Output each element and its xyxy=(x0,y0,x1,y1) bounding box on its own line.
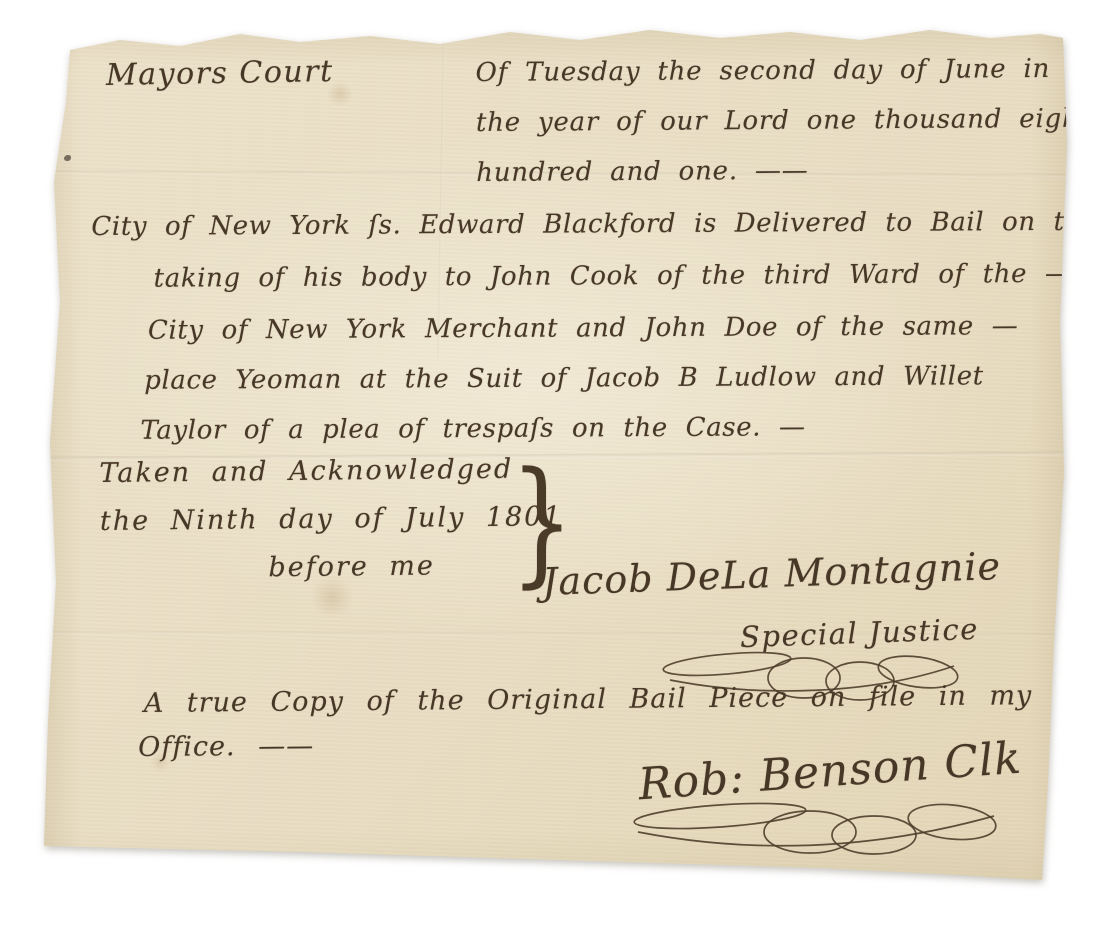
court-title: Mayors Court xyxy=(106,54,334,93)
paper-surface: Mayors Court Of Tuesday the second day o… xyxy=(40,22,1070,882)
body-line: City of New York Merchant and John Doe o… xyxy=(148,311,1019,346)
session-date-line: Of Tuesday the second day of June in xyxy=(475,54,1050,88)
clerk-signature: Rob: Benson Clk xyxy=(637,733,1024,811)
bail-body-paragraph: City of New York ſs. Edward Blackford is… xyxy=(91,212,92,482)
paper-sheet: Mayors Court Of Tuesday the second day o… xyxy=(40,22,1070,882)
justice-title: Special Justice xyxy=(739,612,979,654)
attestation-line: Taken and Acknowledged xyxy=(99,454,513,489)
attestation-block: Taken and Acknowledged the Ninth day of … xyxy=(99,458,101,608)
body-line: Taylor of a plea of trespaſs on the Case… xyxy=(140,412,805,445)
justice-signature: Jacob DeLa Montagnie xyxy=(541,544,1001,604)
body-line: City of New York ſs. Edward Blackford is… xyxy=(91,207,1098,242)
session-date-block: Of Tuesday the second day of June in the… xyxy=(475,58,476,218)
body-line: taking of his body to John Cook of the t… xyxy=(154,259,1072,294)
certification-line: A true Copy of the Original Bail Piece o… xyxy=(144,680,1033,719)
session-date-line: the year of our Lord one thousand eight xyxy=(476,104,1091,138)
certification-line: Office. —— xyxy=(138,730,314,763)
attestation-line: the Ninth day of July 1801 xyxy=(100,501,563,537)
scan-background: Mayors Court Of Tuesday the second day o… xyxy=(0,0,1100,942)
attestation-line: before me xyxy=(268,550,435,583)
fold-crease-vertical xyxy=(437,32,446,362)
session-date-line: hundred and one. —— xyxy=(476,156,808,188)
body-line: place Yeoman at the Suit of Jacob B Ludl… xyxy=(144,361,984,395)
ink-speck xyxy=(64,155,71,161)
certification-block: A true Copy of the Original Bail Piece o… xyxy=(138,688,139,778)
